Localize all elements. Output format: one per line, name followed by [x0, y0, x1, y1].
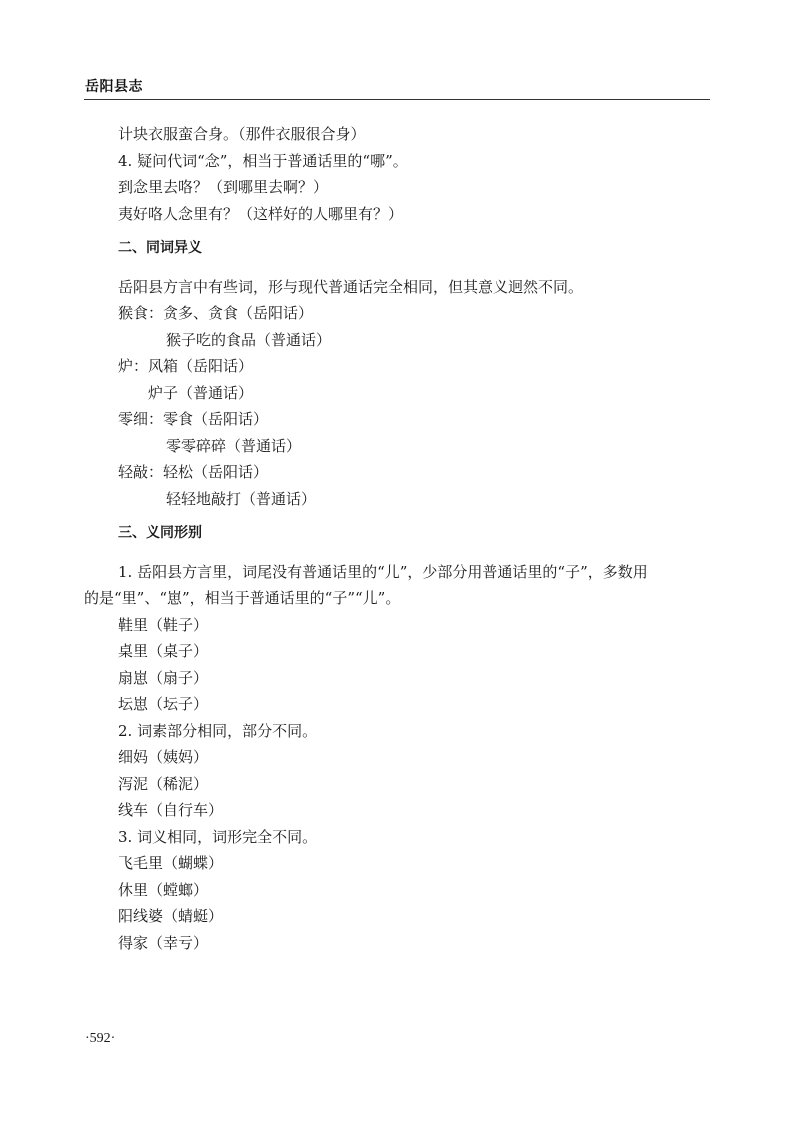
entry-standard: 猴子吃的食品（普通话）	[118, 327, 710, 354]
point1-line2: 的是“里”、“崽”，相当于普通话里的“子”“儿”。	[84, 585, 710, 612]
page-number: ·592·	[85, 1031, 115, 1047]
example-item: 飞毛里（蝴蝶）	[118, 850, 710, 877]
example-item: 线车（自行车）	[118, 797, 710, 824]
entry-term: 猴食：	[118, 304, 163, 322]
text-line: 夷好咯人念里有？（这样好的人哪里有？）	[118, 201, 710, 228]
example-item: 坛崽（坛子）	[118, 691, 710, 718]
header-rule	[84, 99, 710, 100]
section-intro: 岳阳县方言中有些词，形与现代普通话完全相同，但其意义迥然不同。	[118, 274, 710, 301]
entry-dialect: 贪多、贪食（岳阳话）	[163, 304, 313, 322]
entry-term-line: 轻敲：轻松（岳阳话）	[118, 459, 710, 486]
entry-term-line: 零细：零食（岳阳话）	[118, 406, 710, 433]
page-body: 计块衣服蛮合身。（那件衣服很合身） 4. 疑问代词“念”，相当于普通话里的“哪”…	[118, 121, 710, 956]
example-item: 细妈（姨妈）	[118, 744, 710, 771]
example-item: 阳线婆（蜻蜓）	[118, 903, 710, 930]
example-item: 桌里（桌子）	[118, 638, 710, 665]
entry-term-line: 炉：风箱（岳阳话）	[118, 353, 710, 380]
text-line: 到念里去咯？（到哪里去啊？）	[118, 174, 710, 201]
entry-term: 零细：	[118, 410, 163, 428]
entry-term-line: 猴食：贪多、贪食（岳阳话）	[118, 300, 710, 327]
point3-heading: 3. 词义相同，词形完全不同。	[118, 824, 710, 851]
entry-standard: 零零碎碎（普通话）	[118, 433, 710, 460]
point1-paragraph: 1. 岳阳县方言里，词尾没有普通话里的“儿”，少部分用普通话里的“子”，多数用 …	[84, 559, 710, 612]
example-item: 得家（幸亏）	[118, 930, 710, 957]
entry-standard: 轻轻地敲打（普通话）	[118, 486, 710, 513]
section-heading-3: 三、义同形别	[118, 520, 710, 547]
example-item: 鞋里（鞋子）	[118, 612, 710, 639]
entry-dialect: 轻松（岳阳话）	[163, 463, 268, 481]
entry-dialect: 零食（岳阳话）	[163, 410, 268, 428]
point2-heading: 2. 词素部分相同，部分不同。	[118, 718, 710, 745]
entry-term: 炉：	[118, 357, 148, 375]
section-heading-2: 二、同词异义	[118, 235, 710, 262]
example-item: 泻泥（稀泥）	[118, 771, 710, 798]
point1-line1: 1. 岳阳县方言里，词尾没有普通话里的“儿”，少部分用普通话里的“子”，多数用	[84, 559, 710, 586]
entry-term: 轻敲：	[118, 463, 163, 481]
example-item: 休里（螳螂）	[118, 877, 710, 904]
example-item: 扇崽（扇子）	[118, 665, 710, 692]
text-line: 计块衣服蛮合身。（那件衣服很合身）	[118, 121, 710, 148]
entry-dialect: 风箱（岳阳话）	[148, 357, 253, 375]
running-head-title: 岳阳县志	[85, 76, 143, 96]
text-line: 4. 疑问代词“念”，相当于普通话里的“哪”。	[118, 148, 710, 175]
entry-standard: 炉子（普通话）	[118, 380, 710, 407]
